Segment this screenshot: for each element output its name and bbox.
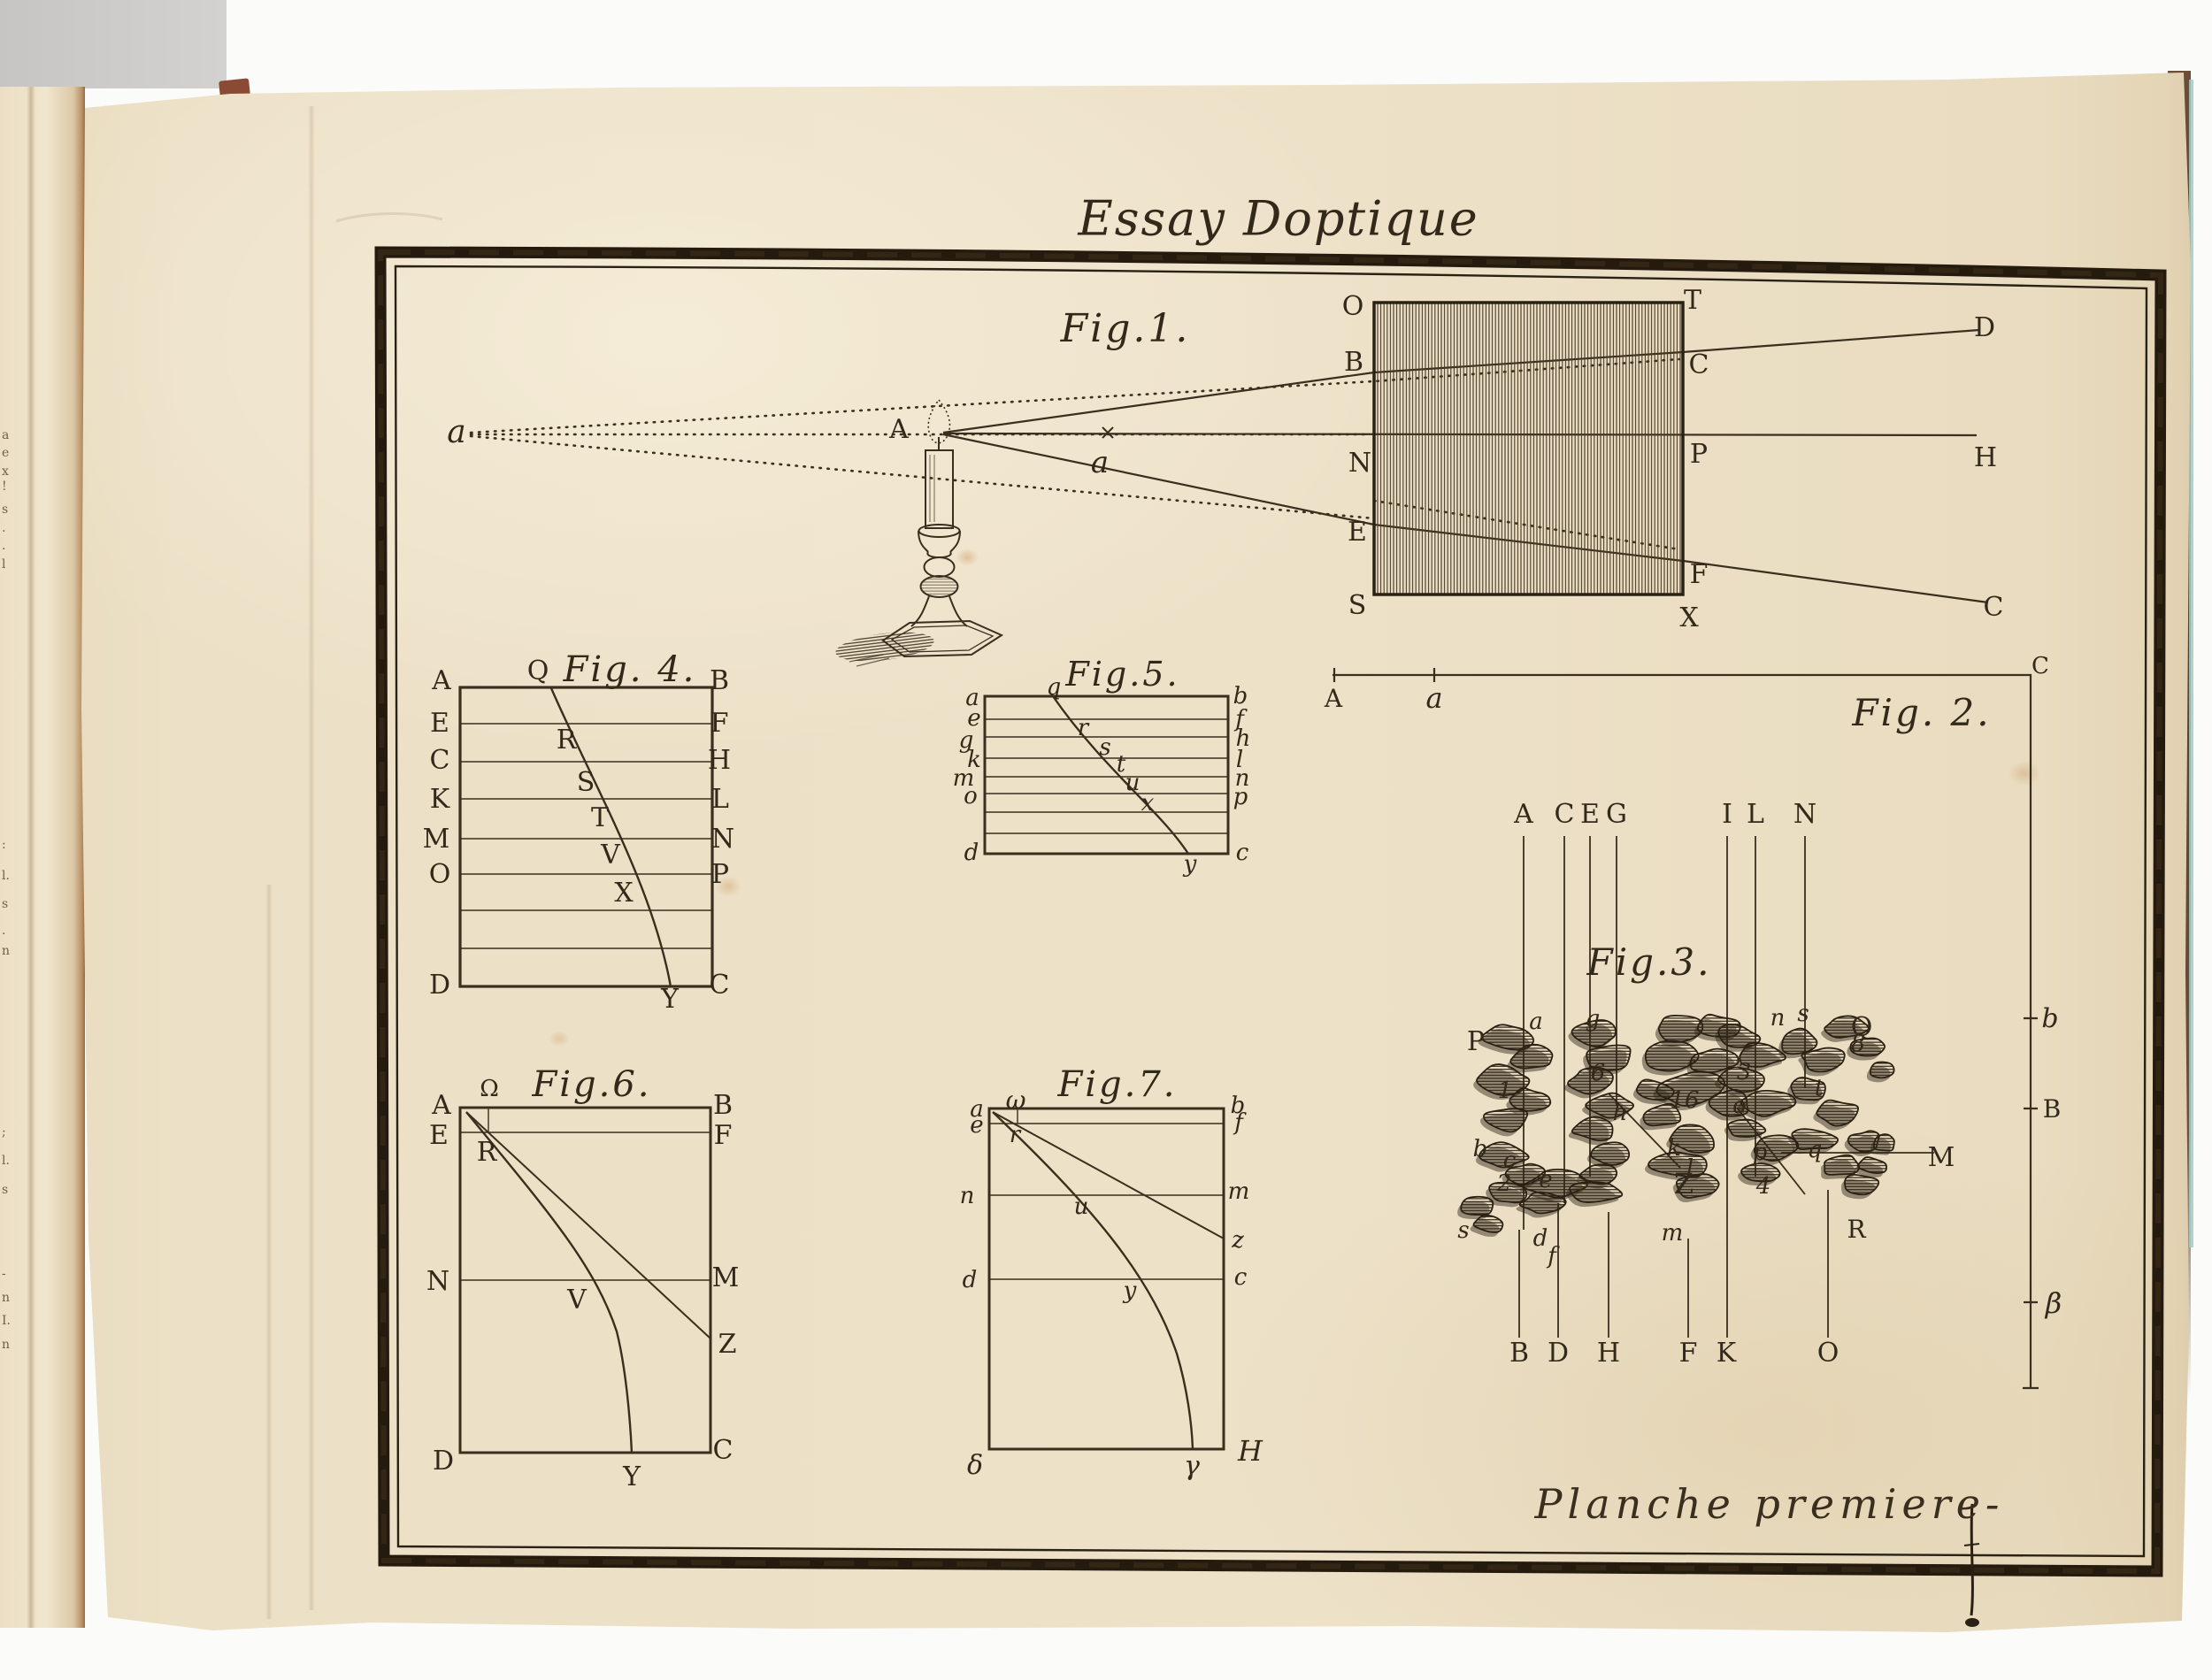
fig7-label-δ: δ: [967, 1453, 983, 1479]
fig3-label-F: F: [1679, 1340, 1698, 1367]
fig3-label-s: s: [1797, 1002, 1809, 1025]
fig7-label-u: u: [1074, 1195, 1089, 1218]
fig1-label-O: O: [1342, 294, 1364, 320]
fig3-spot: [1801, 1047, 1844, 1071]
fig1-label-N: N: [1348, 450, 1371, 477]
fig1-label-P: P: [1690, 441, 1708, 468]
fig4-label-C: C: [430, 748, 450, 774]
fig1-title: Fig.1.: [1061, 310, 1191, 349]
fig7-label-m: m: [1228, 1180, 1250, 1203]
fig5-label-p: p: [1233, 786, 1248, 809]
engraving-artwork: [0, 0, 2212, 1680]
fig6-label-Ω: Ω: [480, 1078, 499, 1101]
fig5-label-c: c: [1236, 841, 1249, 864]
fig1-label-D: D: [1974, 315, 1995, 341]
fig2-label-β: β: [2046, 1289, 2062, 1317]
fig5-label-o: o: [964, 785, 978, 808]
fig4-label-R: R: [557, 727, 577, 754]
fig3-label-s: s: [1457, 1219, 1469, 1242]
fig3-spot: [1728, 1119, 1765, 1137]
fig1-label-X: X: [1679, 605, 1698, 632]
fig7-label-f: f: [1234, 1111, 1243, 1134]
fig1-glass-block: [1374, 303, 1683, 595]
fig4-label-P: P: [711, 862, 729, 888]
fig2-label-a: a: [1425, 684, 1442, 712]
fig7-label-y: y: [1124, 1279, 1137, 1302]
fig3-spot: [1461, 1197, 1493, 1215]
fig1-label-a: a: [1091, 448, 1109, 478]
fig6-label-V: V: [567, 1287, 587, 1314]
fig3-spot: [1845, 1175, 1878, 1194]
fig6-label-Z: Z: [718, 1331, 737, 1358]
fig3-label-P: P: [1467, 1029, 1485, 1055]
fig6-label-N: N: [426, 1269, 449, 1295]
fig5-label-d: d: [964, 841, 979, 864]
fig1-label-C: C: [1689, 352, 1709, 379]
fig3-label-H: H: [1597, 1340, 1620, 1367]
fig1-label-C: C: [1984, 595, 2004, 621]
fig3-label-e: e: [1539, 1169, 1552, 1192]
fig3-label-d: d: [1533, 1227, 1548, 1250]
scanned-book-plate: aex!s..l:l.s.n;l.s-nI.n: [0, 0, 2212, 1680]
fig4-label-N: N: [711, 826, 734, 853]
fig3-spot: [1782, 1029, 1816, 1055]
fig6-diagram: [460, 1108, 710, 1453]
fig7-label-c: c: [1234, 1266, 1248, 1289]
fig3-label-1: 1: [1498, 1079, 1513, 1102]
fig2-title: Fig. 2.: [1852, 694, 1991, 732]
fig6-label-D: D: [433, 1448, 454, 1475]
fig3-spot: [1824, 1155, 1859, 1175]
fig2-label-A: A: [1325, 687, 1342, 711]
fig4-label-O: O: [429, 862, 451, 888]
fig6-title: Fig.6.: [532, 1067, 651, 1102]
fig3-label-K: K: [1717, 1340, 1736, 1367]
fig3-label-8: 8: [1851, 1032, 1866, 1055]
fig3-label-4: 4: [1756, 1175, 1771, 1198]
fig7-diagram: [989, 1108, 1224, 1449]
fig4-label-T: T: [591, 805, 609, 832]
fig4-label-V: V: [601, 842, 620, 869]
plate-frame: [380, 252, 2161, 1571]
fig1-label-a: a: [447, 417, 465, 449]
fig3-label-O: O: [1817, 1340, 1839, 1367]
fig5-label-q: q: [1047, 676, 1062, 699]
fig7-label-H: H: [1238, 1437, 1263, 1465]
fig6-label-F: F: [714, 1123, 733, 1149]
fig6-label-M: M: [712, 1265, 740, 1292]
fig3-label-D: D: [1548, 1340, 1569, 1367]
fig7-title: Fig.7.: [1057, 1067, 1177, 1102]
fig3-label-A: A: [1514, 802, 1533, 828]
fig3-label-G: G: [1606, 802, 1627, 828]
fig3-title: Fig.3.: [1587, 944, 1712, 981]
fig4-label-B: B: [710, 668, 729, 694]
fig7-label-ω: ω: [1006, 1088, 1026, 1113]
fig7-label-r: r: [1010, 1124, 1020, 1147]
fig4-label-E: E: [430, 710, 449, 737]
fig1-label-F: F: [1690, 562, 1709, 588]
fig4-label-L: L: [711, 786, 729, 813]
fig1-label-B: B: [1344, 349, 1363, 376]
fig2-label-C: C: [2032, 655, 2049, 678]
fig4-label-M: M: [423, 826, 450, 853]
fig7-label-n: n: [960, 1185, 975, 1208]
fig6-label-C: C: [713, 1438, 733, 1464]
fig5-label-r: r: [1078, 717, 1088, 740]
fig5-diagram: [985, 696, 1228, 854]
fig3-label-k: k: [1667, 1137, 1681, 1160]
fig1-candle-illustration: [834, 400, 1002, 666]
plate-caption: Planche premiere-: [1535, 1480, 2005, 1528]
fig7-label-z: z: [1232, 1229, 1244, 1252]
smudge: [336, 214, 442, 222]
fig4-title: Fig. 4.: [564, 652, 697, 687]
fig3-label-M: M: [1928, 1145, 1955, 1171]
fig3-label-m: m: [1662, 1222, 1684, 1245]
fig4-diagram: [460, 687, 712, 986]
fig3-label-l: l: [1686, 1157, 1694, 1180]
fig3-label-q: q: [1808, 1139, 1823, 1162]
fig6-label-R: R: [477, 1139, 497, 1166]
fig7-label-e: e: [970, 1114, 983, 1137]
fig7-label-d: d: [963, 1269, 978, 1292]
fig6-label-Y: Y: [623, 1464, 641, 1491]
fig4-label-D: D: [429, 972, 450, 999]
fig1-label-E: E: [1348, 519, 1367, 546]
fig3-label-c: c: [1503, 1149, 1517, 1172]
fig4-label-S: S: [577, 770, 595, 796]
fig6-label-A: A: [432, 1093, 451, 1119]
fig5-label-u: u: [1125, 771, 1141, 794]
fig5-label-s: s: [1099, 736, 1110, 759]
fig1-label-T: T: [1684, 288, 1701, 314]
fig5-label-b: b: [1233, 685, 1248, 708]
fig4-label-X: X: [614, 880, 633, 907]
fig3-label-f: f: [1548, 1245, 1556, 1268]
fig3-label-b: b: [1473, 1138, 1488, 1161]
fig6-label-B: B: [713, 1093, 733, 1119]
fig3-label-L: L: [1747, 802, 1764, 828]
fig3-label-o: o: [1732, 1094, 1747, 1117]
fig3-label-B: B: [1509, 1340, 1529, 1367]
fig3-label-t: t: [1815, 1077, 1824, 1100]
fig3-label-6: 6: [1591, 1062, 1606, 1085]
fig3-spot: [1874, 1134, 1894, 1151]
fig3-label-E: E: [1580, 802, 1600, 828]
fig3-label-16: 16: [1670, 1089, 1699, 1112]
fig2-label-b: b: [2041, 1006, 2058, 1032]
fig3-label-2: 2: [1497, 1172, 1512, 1195]
fig3-label-g: g: [1586, 1008, 1601, 1031]
fig1-label-S: S: [1348, 593, 1367, 619]
fig3-label-3: 3: [1737, 1061, 1752, 1084]
fig1-label-A: A: [889, 417, 909, 443]
fig4-label-F: F: [710, 710, 729, 737]
fig5-label-y: y: [1184, 853, 1197, 876]
fig4-label-H: H: [708, 748, 731, 774]
fig6-label-E: E: [429, 1123, 449, 1149]
fig2-label-B: B: [2043, 1097, 2062, 1122]
fig3-label-R: R: [1847, 1217, 1865, 1242]
fig3-label-h: h: [1613, 1101, 1628, 1124]
fig1-label-H: H: [1974, 445, 1997, 472]
fig4-label-Q: Q: [527, 658, 549, 685]
fig4-label-K: K: [430, 786, 449, 813]
fig3-label-n: n: [1770, 1007, 1786, 1030]
fig3-label-I: I: [1722, 802, 1732, 828]
fig5-title: Fig.5.: [1065, 657, 1179, 691]
fig3-label-a: a: [1529, 1010, 1543, 1033]
fig4-label-Y: Y: [661, 986, 679, 1013]
fig3-label-C: C: [1555, 802, 1575, 828]
plate-title: Essay Doptique: [1078, 191, 1479, 247]
fig4-label-A: A: [432, 668, 451, 694]
fig3-label-p: p: [1753, 1141, 1768, 1164]
fig5-label-x: x: [1141, 792, 1155, 815]
fig4-label-C: C: [710, 972, 730, 999]
fig7-label-γ: γ: [1184, 1454, 1200, 1480]
fig3-label-N: N: [1793, 802, 1816, 828]
fig3-spot: [1870, 1062, 1894, 1078]
fig1-light-rays: [471, 330, 1988, 602]
